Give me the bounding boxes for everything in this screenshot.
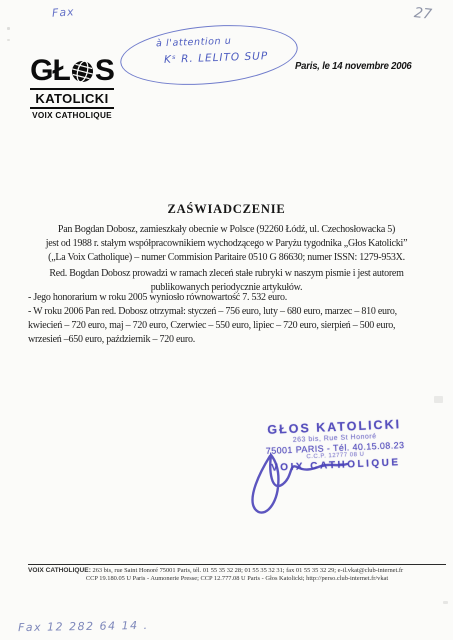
text-line: Red. Bogdan Dobosz prowadzi w ramach zle… xyxy=(0,267,453,281)
paragraph-identity: Pan Bogdan Dobosz, zamieszkały obecnie w… xyxy=(0,223,453,265)
footer-imprint: VOIX CATHOLIQUE: 263 bis, rue Saint Hono… xyxy=(28,567,446,583)
globe-icon xyxy=(68,57,96,85)
text-line: - W roku 2006 Pan red. Dobosz otrzymał: … xyxy=(28,305,438,319)
page-number-handwritten: 27 xyxy=(413,5,432,23)
footer-brand: VOIX CATHOLIQUE: xyxy=(28,567,91,574)
text-line: Pan Bogdan Dobosz, zamieszkały obecnie w… xyxy=(0,223,453,237)
document-title: ZAŚWIADCZENIE xyxy=(0,202,453,217)
fax-number-handwritten: Fax 12 282 64 14 . xyxy=(18,619,149,634)
fax-handwritten-note: Fax xyxy=(52,5,75,20)
footer-line-1: VOIX CATHOLIQUE: 263 bis, rue Saint Hono… xyxy=(28,567,446,575)
attention-annotation: à l'attention u Kˢ R. LELITO SUP xyxy=(126,30,292,80)
logo-tagline: VOIX CATHOLIQUE xyxy=(30,111,114,120)
scan-artifact xyxy=(434,396,443,403)
text-line: wrzesień –650 euro, październik – 720 eu… xyxy=(28,333,438,347)
footer-divider xyxy=(28,564,446,565)
footer-line-2: CCP 19.180.05 U Paris - Aumonerie Presse… xyxy=(28,575,446,583)
logo-word-end: S xyxy=(95,56,114,86)
signature-ink xyxy=(246,450,358,522)
logo-wordmark: GŁ S xyxy=(30,56,114,86)
text-line: jest od 1988 r. stałym współpracownikiem… xyxy=(0,237,453,251)
footer-address-contact: 263 bis, rue Saint Honoré 75001 Paris, t… xyxy=(93,567,404,574)
text-line: kwiecień – 720 euro, maj – 720 euro, Cze… xyxy=(28,319,438,333)
logo-subtitle: KATOLICKI xyxy=(30,88,114,109)
dateline: Paris, le 14 novembre 2006 xyxy=(295,61,438,72)
scan-artifact xyxy=(7,39,10,41)
text-line: („La Voix Catholique) – numer Commision … xyxy=(0,251,453,265)
scanned-certificate-page: Fax 27 GŁ S KATOLICKI VOIX CATHOLIQUE à … xyxy=(0,0,453,640)
glos-katolicki-logo: GŁ S KATOLICKI VOIX CATHOLIQUE xyxy=(30,56,114,120)
scan-artifact xyxy=(443,601,448,604)
scan-artifact xyxy=(7,27,10,30)
text-line: - Jego honorarium w roku 2005 wyniosło r… xyxy=(28,291,438,305)
paragraph-earnings: - Jego honorarium w roku 2005 wyniosło r… xyxy=(28,291,438,347)
logo-word-start: GŁ xyxy=(30,56,70,86)
